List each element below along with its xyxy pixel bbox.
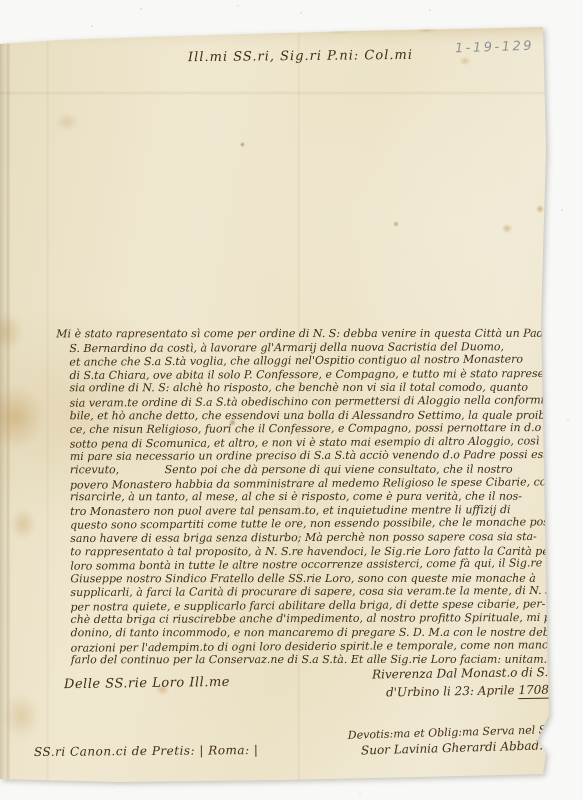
letter-line: sia ordine di N. S: alchè ho risposto, c… xyxy=(70,381,552,395)
letter-line: et anche che S.a S.tà voglia, che allogg… xyxy=(69,353,551,370)
letter-line: ce, che nisun Religioso, fuori che il Co… xyxy=(70,421,552,437)
paper: Ill.mi SS.ri, Sig.ri P.ni: Col.mi 1-19-1… xyxy=(0,0,583,800)
stain xyxy=(502,224,512,233)
archival-number: 1-19-129 xyxy=(455,39,534,57)
stain xyxy=(240,142,245,147)
fold-crease-left-inner xyxy=(47,42,49,780)
letter-line: farlo del continuo per la Conservaz.ne d… xyxy=(71,653,553,667)
stain xyxy=(416,25,436,32)
stain xyxy=(536,205,544,213)
fold-crease-left xyxy=(7,40,10,782)
letter-line: povero Monastero habbia da somministrare… xyxy=(70,475,552,492)
letter-line: supplicarli, à farci la Carità di procur… xyxy=(70,584,552,600)
stain xyxy=(460,57,470,65)
letter-line: Giuseppe nostro Sindico Fratello delle S… xyxy=(70,571,552,585)
letter-line: sia veram.te ordine di S.a S.tà obedisch… xyxy=(70,393,552,410)
scanned-letter-page: { "archival_number": "1-19-129", "colors… xyxy=(0,0,583,800)
stain xyxy=(229,419,236,426)
letter-line: per nostra quiete, e supplicarlo farci a… xyxy=(70,597,552,614)
letter-line: to rappresentato à tal proposito, à N. S… xyxy=(70,544,552,558)
stain xyxy=(393,221,399,227)
letter-line: S. Bernardino da costì, à lavorare gl'Ar… xyxy=(69,340,551,356)
letter-line: donino, di tanto incommodo, e non mancar… xyxy=(71,626,553,640)
letter-line: orazioni per l'adempim.to di ogni loro d… xyxy=(71,638,553,655)
stain xyxy=(10,508,36,540)
closing-valediction: Riverenza Dal Monast.o di S. Chiara xyxy=(372,664,583,681)
letter-line: risarcirle, à un tanto, al mese, al che … xyxy=(70,490,552,504)
letter-line: questo sono scompartiti come tutte le or… xyxy=(70,516,552,533)
fold-crease-horizontal xyxy=(0,92,545,94)
fold-crease-center xyxy=(298,33,300,779)
letter-line: loro somma bontà in tutte le altre nostr… xyxy=(70,556,552,573)
stain xyxy=(56,114,78,130)
stain xyxy=(156,684,169,695)
signature-block: Devotis:ma et Oblig:ma Serva nel Sig.re … xyxy=(348,723,551,758)
paper-shadow-wrap: Ill.mi SS.ri, Sig.ri P.ni: Col.mi 1-19-1… xyxy=(0,0,583,800)
letter-line: tro Monastero non puol avere tal pensam.… xyxy=(70,503,552,519)
place-dateline: d'Urbino li 23: Aprile 1708 xyxy=(386,683,549,700)
letter-line: chè detta briga ci riuscirebbe anche d'i… xyxy=(71,611,553,627)
stain xyxy=(322,24,356,33)
signature-name-line: Suor Lavinia Gherardi Abbad.a xyxy=(348,738,550,758)
letter-line: mi pare sia necessario un ordine preciso… xyxy=(70,448,552,464)
letter-line: ricevuto, Sento poi che dà persone di qu… xyxy=(70,463,552,477)
address-line: SS.ri Canon.ci de Pretis: | Roma: | xyxy=(34,743,259,759)
signature-role-line: Devotis:ma et Oblig:ma Serva nel Sig.re xyxy=(348,723,550,742)
letter-body: Mi è stato rapresentato sì come per ordi… xyxy=(69,326,552,668)
date-year: 1708 xyxy=(518,683,549,700)
letter-line: sano havere di essa briga senza disturbo… xyxy=(70,530,552,546)
letter-line: di S.ta Chiara, ove abita il solo P. Con… xyxy=(69,367,551,383)
letter-line: Mi è stato rapresentato sì come per ordi… xyxy=(56,327,551,341)
stain xyxy=(0,312,22,352)
dateline-text: d'Urbino li 23: Aprile xyxy=(386,683,519,699)
closing-left: Delle SS.rie Loro Ill.me xyxy=(64,675,230,692)
stain xyxy=(96,28,140,37)
salutation: Ill.mi SS.ri, Sig.ri P.ni: Col.mi xyxy=(188,48,413,65)
stain xyxy=(4,694,38,738)
letter-line: sotto pena di Scomunica, et altro, e non… xyxy=(70,434,552,451)
stain xyxy=(0,385,44,449)
letter-line: bile, et hò anche detto, che essendovi u… xyxy=(70,408,552,422)
